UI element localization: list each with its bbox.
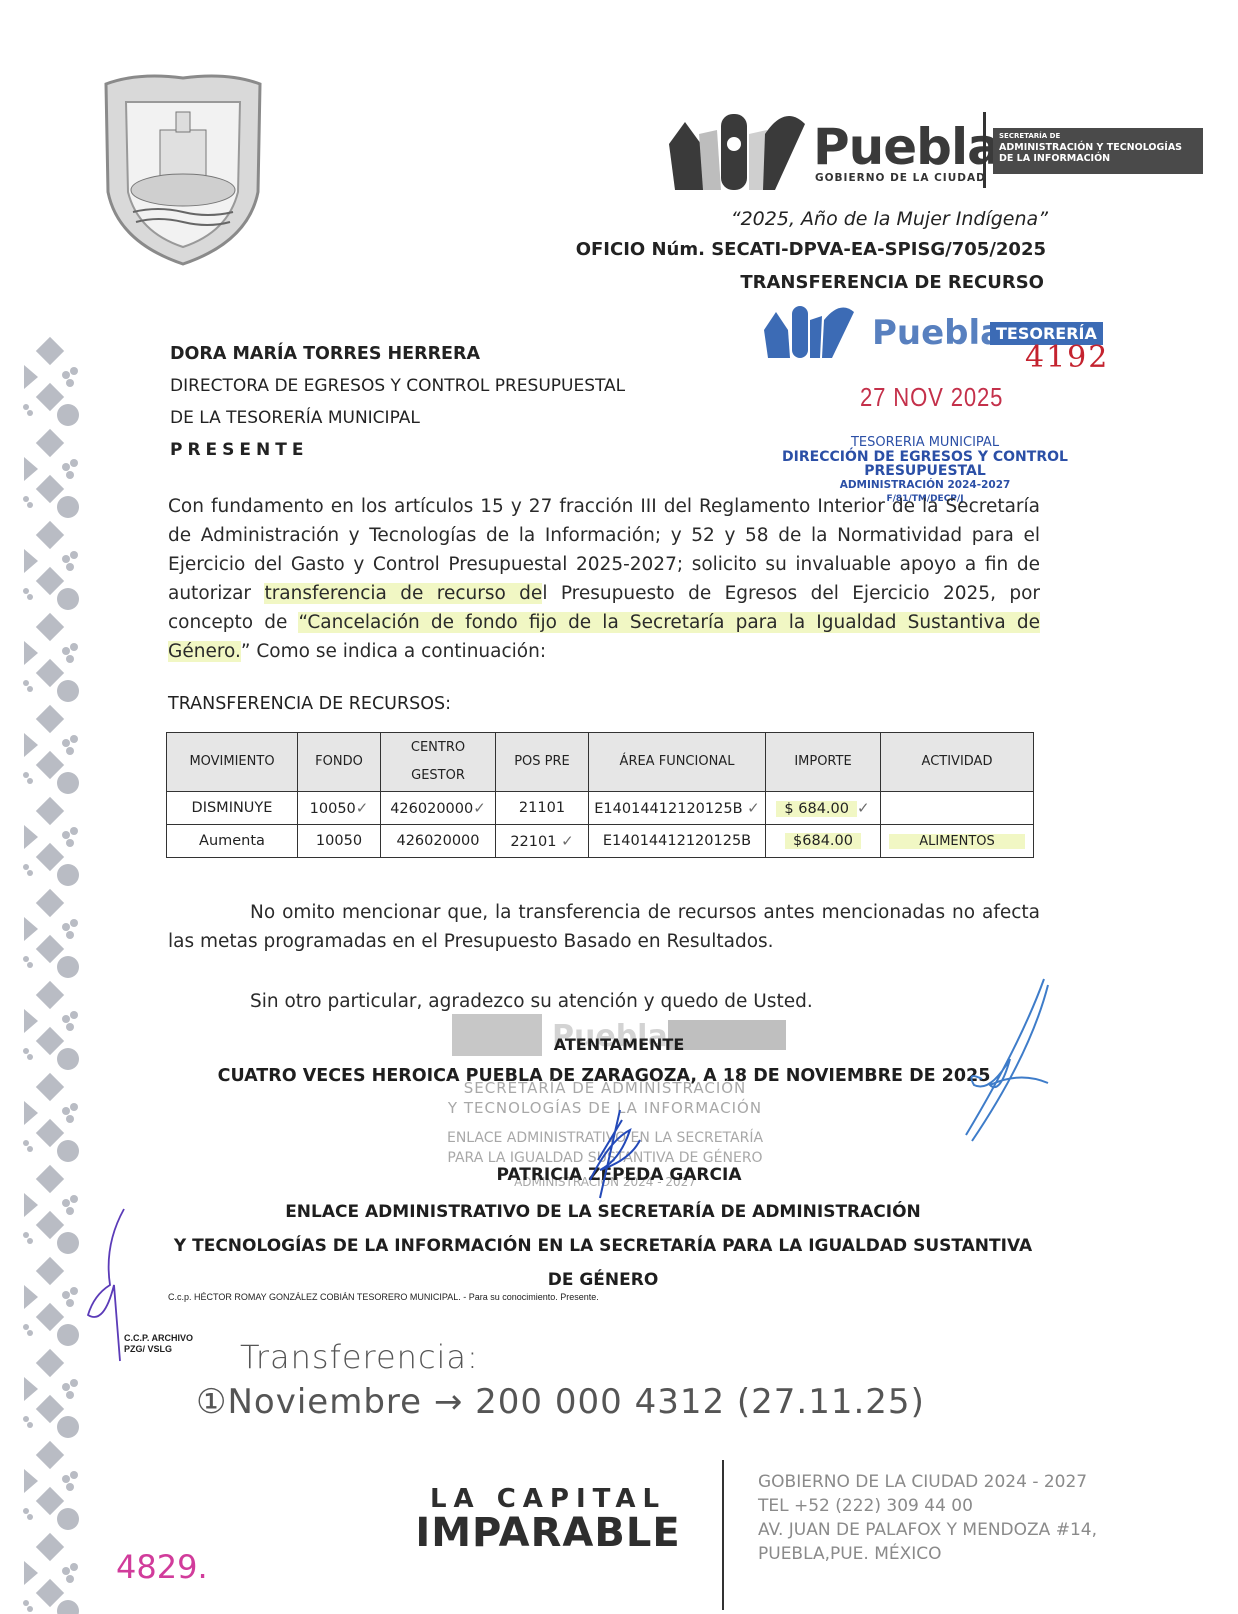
col-importe: IMPORTE [766, 733, 881, 792]
cell-movimiento: DISMINUYE [167, 792, 298, 825]
signature-approval-icon [960, 975, 1050, 1145]
signer-title2: Y TECNOLOGÍAS DE LA INFORMACIÓN EN LA SE… [0, 1229, 1206, 1263]
table-row: DISMINUYE 10050✓ 426020000✓ 21101 E14014… [167, 792, 1034, 825]
recipient-present: PRESENTE [170, 434, 625, 466]
puebla-government-logo: Puebla GOBIERNO DE LA CIUDAD SECRETARÍA … [665, 98, 1205, 198]
archive-reference: C.C.P. ARCHIVO PZG/ VSLG [124, 1333, 193, 1355]
cell-centro-gestor: 426020000✓ [381, 792, 496, 825]
year-motto: “2025, Año de la Mujer Indígena” [731, 208, 1048, 230]
cell-fondo: 10050✓ [298, 792, 381, 825]
stamp-received-date: 27 NOV 2025 [860, 382, 1003, 413]
city-coat-of-arms-icon [98, 72, 268, 267]
carbon-copy-line: C.c.p. HÉCTOR ROMAY GONZÁLEZ COBIÁN TESO… [168, 1292, 599, 1302]
body-text: ” Como se indica a continuación: [241, 641, 546, 662]
signer-title1: ENLACE ADMINISTRATIVO DE LA SECRETARÍA D… [0, 1195, 1206, 1229]
secretaria-small: SECRETARÍA DE [999, 131, 1197, 142]
secretaria-line1: ADMINISTRACIÓN Y TECNOLOGÍAS [999, 142, 1197, 153]
cell-value: $684.00 [785, 833, 861, 849]
col-centro-gestor: CENTRO GESTOR [381, 733, 496, 792]
initials-label: PZG/ VSLG [124, 1344, 193, 1355]
footer-divider [722, 1460, 724, 1610]
body-paragraph-1: Con fundamento en los artículos 15 y 27 … [168, 492, 1040, 666]
cell-area-funcional: E14014412120125B [589, 825, 766, 858]
logo-subtitle: GOBIERNO DE LA CIUDAD [815, 172, 986, 184]
cell-value: 10050 [310, 801, 356, 817]
seal-line1: SECRETARÍA DE ADMINISTRACIÓN [420, 1078, 790, 1098]
footer-info2: TEL +52 (222) 309 44 00 [758, 1494, 1097, 1518]
stamp-line3: PRESUPUESTAL [780, 464, 1070, 478]
table-header-row: MOVIMIENTO FONDO CENTRO GESTOR POS PRE Á… [167, 733, 1034, 792]
handwritten-note-title: Transferencia: [240, 1338, 479, 1376]
checkmark-icon: ✓ [857, 799, 870, 817]
col-pos-pre: POS PRE [496, 733, 589, 792]
decorative-border-pattern [22, 335, 100, 1614]
cell-actividad: ALIMENTOS [881, 825, 1034, 858]
stamp-line2: DIRECCIÓN DE EGRESOS Y CONTROL [780, 450, 1070, 464]
body-text: No omito mencionar que, la transferencia… [168, 902, 1040, 952]
recipient-block: DORA MARÍA TORRES HERRERA DIRECTORA DE E… [170, 338, 625, 466]
logo-wordmark: Puebla [813, 118, 1000, 176]
footer-contact-info: GOBIERNO DE LA CIUDAD 2024 - 2027 TEL +5… [758, 1470, 1097, 1566]
cell-value: 22101 [510, 834, 556, 850]
body-paragraph-2: No omito mencionar que, la transferencia… [168, 898, 1040, 956]
svg-text:Puebla: Puebla [872, 313, 1003, 353]
puebla-emblem-icon [665, 104, 810, 190]
checkmark-icon: ✓ [473, 799, 486, 817]
footer-info4: PUEBLA,PUE. MÉXICO [758, 1542, 1097, 1566]
cell-area-funcional: E14014412120125B ✓ [589, 792, 766, 825]
footer-info3: AV. JUAN DE PALAFOX Y MENDOZA #14, [758, 1518, 1097, 1542]
archive-label: C.C.P. ARCHIVO [124, 1333, 193, 1344]
checkmark-icon: ✓ [356, 799, 369, 817]
cell-centro-gestor: 426020000 [381, 825, 496, 858]
table-row: Aumenta 10050 426020000 22101 ✓ E1401441… [167, 825, 1034, 858]
cell-value: E14014412120125B [594, 801, 742, 817]
oficio-number: OFICIO Núm. SECATI-DPVA-EA-SPISG/705/202… [576, 239, 1046, 260]
cell-pos-pre: 21101 [496, 792, 589, 825]
document-subject: TRANSFERENCIA DE RECURSO [740, 272, 1044, 293]
checkmark-icon: ✓ [561, 832, 574, 850]
highlighted-text: transferencia de recurso de [264, 583, 542, 604]
cell-value: 426020000 [390, 801, 473, 817]
recipient-title2: DE LA TESORERÍA MUNICIPAL [170, 402, 625, 434]
col-actividad: ACTIVIDAD [881, 733, 1034, 792]
col-movimiento: MOVIMIENTO [167, 733, 298, 792]
checkmark-icon: ✓ [747, 799, 760, 817]
cell-pos-pre: 22101 ✓ [496, 825, 589, 858]
stamp-line1: TESORERIA MUNICIPAL [780, 436, 1070, 450]
recipient-name: DORA MARÍA TORRES HERRERA [170, 338, 625, 370]
stamp-line4: ADMINISTRACIÓN 2024-2027 [780, 478, 1070, 492]
la-capital-imparable-logo: LA CAPITAL IMPARABLE [398, 1484, 698, 1552]
recipient-title1: DIRECTORA DE EGRESOS Y CONTROL PRESUPUES… [170, 370, 625, 402]
col-fondo: FONDO [298, 733, 381, 792]
footer-logo-line2: IMPARABLE [398, 1514, 698, 1552]
secretaria-line2: DE LA INFORMACIÓN [999, 153, 1197, 164]
closing-atentamente: ATENTAMENTE [0, 1035, 1238, 1054]
cell-movimiento: Aumenta [167, 825, 298, 858]
handwritten-pink-number: 4829. [116, 1548, 208, 1586]
cell-value: ALIMENTOS [889, 834, 1025, 849]
table-title: TRANSFERENCIA DE RECURSOS: [168, 694, 451, 714]
cell-importe: $684.00 [766, 825, 881, 858]
transfer-table: MOVIMIENTO FONDO CENTRO GESTOR POS PRE Á… [166, 732, 1034, 858]
cell-value: $ 684.00 [776, 801, 857, 817]
cell-actividad [881, 792, 1034, 825]
cell-fondo: 10050 [298, 825, 381, 858]
signature-scribble-icon [560, 1100, 650, 1200]
stamp-folio-number: 4192 [1025, 340, 1109, 375]
col-area-funcional: ÁREA FUNCIONAL [589, 733, 766, 792]
signer-title: ENLACE ADMINISTRATIVO DE LA SECRETARÍA D… [0, 1195, 1206, 1297]
footer-info1: GOBIERNO DE LA CIUDAD 2024 - 2027 [758, 1470, 1097, 1494]
logo-divider [983, 112, 986, 188]
secretaria-label-box: SECRETARÍA DE ADMINISTRACIÓN Y TECNOLOGÍ… [993, 128, 1203, 174]
handwritten-note-detail: ①Noviembre → 200 000 4312 (27.11.25) [196, 1382, 925, 1422]
cell-importe: $ 684.00✓ [766, 792, 881, 825]
